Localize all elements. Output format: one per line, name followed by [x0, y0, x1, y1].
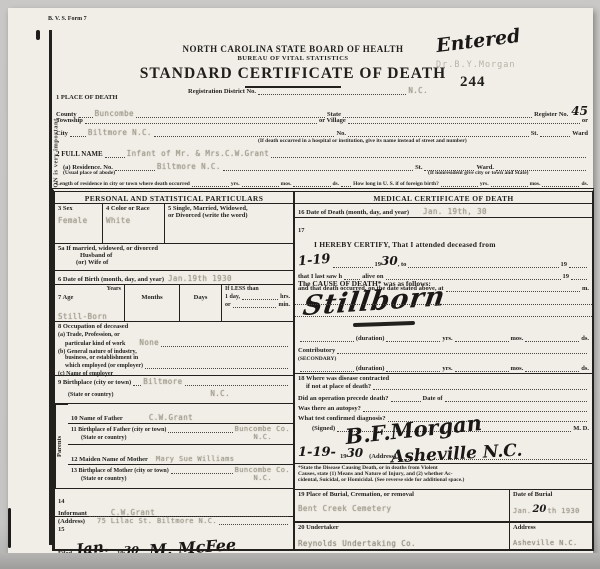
or-village-label: or Village	[319, 117, 346, 124]
residence-st-label: St.	[415, 164, 422, 171]
leader	[223, 163, 413, 171]
autopsy-row: Was there an autopsy?	[295, 403, 592, 413]
father-value: C.W.Grant	[149, 413, 193, 422]
leader	[300, 364, 354, 372]
father-label: 10 Name of Father	[71, 415, 123, 422]
reg-district-label: Registration District No.	[188, 88, 256, 95]
leader	[348, 116, 580, 124]
leader	[168, 425, 232, 433]
operation-label: Did an operation precede death?	[298, 395, 389, 402]
mother-label: 12 Maiden Name of Mother	[71, 456, 148, 463]
occ-a-value: None	[139, 338, 159, 347]
leader	[133, 378, 141, 386]
leader	[391, 394, 421, 402]
leader	[161, 339, 288, 347]
leader	[242, 179, 279, 187]
mos: mos.	[511, 365, 524, 372]
age-years-cell: 7 Age Years Still-Born	[55, 285, 125, 322]
filed-no: 15	[58, 526, 65, 533]
leader	[373, 382, 587, 390]
age-days-label: Days	[194, 294, 208, 301]
scan-smudge	[36, 30, 40, 40]
city-row: City Biltmore N.C. No. St. Ward	[56, 128, 588, 137]
burial-label: 19 Place of Burial, Cremation, or remova…	[298, 491, 506, 498]
undertaker-label: 20 Undertaker	[298, 524, 506, 531]
board-title: NORTH CAROLINA STATE BOARD OF HEALTH	[128, 44, 458, 54]
leader	[233, 300, 277, 308]
mos-label: mos.	[530, 181, 541, 187]
married-label: 5a If married, widowed, or divorced	[58, 245, 290, 252]
duration-label: (duration)	[356, 365, 385, 372]
father-bp-label: 11 Birthplace of Father (city or town)	[71, 427, 166, 433]
undertaker-value: Reynolds Undertaking Co.	[298, 539, 506, 548]
full-name-value: Infant of Mr. & Mrs.C.W.Grant	[127, 149, 270, 158]
sig-year: 30	[346, 446, 363, 460]
ward-label: Ward	[572, 130, 588, 137]
hrs-label: hrs.	[280, 294, 290, 300]
occ-a2: particular kind of work	[65, 341, 125, 347]
leader	[337, 346, 587, 354]
from-year-hw: 30	[381, 254, 398, 268]
certificate-paper: N. B.—Exact statement of OCCUPATION is v…	[8, 8, 593, 553]
undertaker-address-value: Asheville N.C.	[513, 539, 589, 547]
yrs: yrs.	[442, 365, 452, 372]
leader	[445, 394, 587, 402]
contributory-label: Contributory	[298, 347, 335, 354]
length-residence-row: Length of residence in city or town wher…	[56, 179, 588, 187]
race-value: White	[106, 216, 161, 225]
min-label: min.	[278, 302, 290, 308]
undertaker-cell: 20 Undertaker Reynolds Undertaking Co.	[295, 523, 510, 549]
leader	[455, 364, 509, 372]
abode-note: (Usual place of abode)	[63, 170, 115, 176]
occ-b3: which employed (or employer)	[65, 363, 143, 369]
leader	[192, 179, 229, 187]
certificate-number: 244	[460, 74, 486, 91]
main-table: PERSONAL AND STATISTICAL PARTICULARS 3 S…	[52, 188, 594, 551]
leader	[348, 129, 529, 137]
occupation-label: 8 Occupation of deceased	[58, 323, 290, 330]
leader	[157, 509, 288, 517]
burial-value: Bent Creek Cemetery	[298, 504, 506, 513]
age-less-cell: If LESS than 1 day,hrs. ormin.	[222, 285, 293, 322]
township-label: Township	[56, 117, 83, 124]
sex-race-marital-row: 3 Sex Female 4 Color or Race White 5 Sin…	[55, 204, 293, 244]
filed-cell: 15 Filed Jan. 19 30 M. McFee REGISTRAR	[55, 517, 293, 549]
city-label: City	[56, 130, 68, 137]
footnote-block: *State the Disease Causing Death, or in …	[295, 464, 592, 490]
secondary-label: (SECONDARY)	[295, 355, 592, 363]
father-bp-value: Buncombe Co.	[235, 425, 290, 433]
form-number: B. V. S. Form 7	[48, 16, 87, 22]
wife-label: (or) Wife of	[76, 259, 290, 266]
leader	[525, 364, 579, 372]
mother-state-country: (State or country)	[81, 476, 127, 482]
father-bp-state: N.C.	[254, 433, 272, 441]
certificate-header: NORTH CAROLINA STATE BOARD OF HEALTH BUR…	[128, 44, 458, 88]
registration-district-row: Registration District No. N.C.	[188, 86, 428, 95]
leader	[271, 150, 586, 158]
duration-row-2: (duration) yrs. mos. ds.	[295, 363, 592, 374]
signed-row: (Signed) B.F.Morgan M. D.	[295, 423, 592, 444]
to-19: 19	[561, 261, 568, 268]
yrs: yrs.	[442, 335, 452, 342]
parents-vertical-label: Parents	[55, 404, 68, 488]
burial-place-cell: 19 Place of Burial, Cremation, or remova…	[295, 490, 510, 521]
signed-label: (Signed)	[312, 425, 335, 432]
informant-no: 14	[58, 498, 65, 505]
leader	[89, 509, 109, 517]
personal-column: PERSONAL AND STATISTICAL PARTICULARS 3 S…	[55, 192, 295, 549]
leader	[154, 129, 335, 137]
doctor-stamp: Dr.B.Y.Morgan	[436, 60, 516, 70]
father-state-country: (State or country)	[81, 435, 127, 441]
race-cell: 4 Color or Race White	[103, 204, 165, 244]
ds-label: ds.	[333, 181, 340, 187]
leader	[70, 129, 86, 137]
parents-block: Parents 10 Name of Father C.W.Grant 11 B…	[55, 404, 293, 488]
undertaker-row: 20 Undertaker Reynolds Undertaking Co. A…	[295, 523, 592, 549]
operation-row: Did an operation precede death? Date of	[295, 392, 592, 403]
township-row: Township or Village or	[56, 116, 588, 124]
entered-handwriting: Entered	[435, 25, 522, 57]
leader	[525, 334, 579, 342]
ds: ds.	[581, 365, 589, 372]
mother-row: 12 Maiden Name of Mother Mary Sue Willia…	[68, 445, 293, 465]
bureau-title: BUREAU OF VITAL STATISTICS	[128, 55, 458, 62]
leader	[542, 179, 579, 187]
personal-header: PERSONAL AND STATISTICAL PARTICULARS	[55, 192, 293, 204]
nonresident-note: (If nonresident give city or town and St…	[428, 170, 528, 176]
where-contracted-block: 18 Where was disease contracted if not a…	[295, 374, 592, 392]
leader	[85, 116, 317, 124]
dob-row: 6 Date of Birth (month, day, and year) J…	[55, 271, 293, 285]
undertaker-address-label: Address	[513, 524, 589, 531]
howlong-label: How long in U. S. if of foreign birth?	[353, 181, 439, 187]
marital-cell: 5 Single, Married, Widowed, or Divorced …	[165, 204, 293, 244]
birthplace-cell: 9 Birthplace (city or town)Biltmore (Sta…	[55, 376, 293, 404]
yrs-label: yrs.	[231, 181, 240, 187]
md-label: M. D.	[573, 425, 589, 432]
dob-value: Jan.19th 1930	[168, 274, 232, 283]
leader	[185, 378, 288, 386]
occupation-cell: 8 Occupation of deceased (a) Trade, Prof…	[55, 322, 293, 376]
leader	[145, 361, 288, 369]
medical-column: MEDICAL CERTIFICATE OF DEATH 16 Date of …	[295, 192, 592, 549]
leader	[569, 260, 587, 268]
footnote-line3: cidental, Suicidal, or Homicidal. (See r…	[298, 477, 589, 483]
mother-value: Mary Sue Williams	[156, 455, 234, 463]
leader	[105, 150, 125, 158]
father-birthplace-row: 11 Birthplace of Father (city or town)Bu…	[68, 424, 293, 445]
age-row: 7 Age Years Still-Born Months Days If LE…	[55, 285, 293, 322]
mother-bp-value: Buncombe Co.	[235, 466, 290, 474]
burial-date-3: th 1930	[547, 507, 579, 515]
full-name-label: 2 FULL NAME	[56, 150, 103, 158]
where-label2: if not at place of death?	[306, 383, 371, 390]
leader	[115, 163, 155, 171]
autopsy-label: Was there an autopsy?	[298, 405, 361, 412]
burial-date-1: Jan.	[513, 507, 531, 515]
residence-value: Biltmore N.C.	[157, 162, 221, 171]
age-years-label: Years	[107, 286, 121, 292]
leader	[242, 292, 278, 300]
sex-label: 3 Sex	[58, 205, 99, 212]
hospital-note: (If death occurred in a hospital or inst…	[258, 138, 588, 144]
burial-date-2: 20	[532, 504, 546, 515]
dateof-label: Date of	[423, 395, 443, 402]
certify-no: 17	[298, 227, 305, 234]
birthplace-state: N.C.	[210, 389, 230, 398]
no-label: No.	[336, 130, 346, 137]
mos-label: mos.	[281, 181, 292, 187]
city-value: Biltmore N.C.	[88, 128, 152, 137]
dod-label: 16 Date of Death (month, day, and year)	[298, 209, 409, 216]
father-row: 10 Name of Father C.W.Grant	[68, 404, 293, 424]
st-label: St.	[531, 130, 538, 137]
leader	[295, 304, 592, 305]
certify-block: 17 I HEREBY CERTIFY, That I attended dec…	[295, 218, 592, 278]
or-label: or	[225, 302, 231, 308]
race-label: 4 Color or Race	[106, 205, 161, 212]
leader	[408, 260, 558, 268]
leader	[455, 334, 509, 342]
certificate-title: STANDARD CERTIFICATE OF DEATH	[128, 65, 458, 83]
age-days-cell: Days	[180, 285, 222, 322]
attended-from-value: 1-19	[297, 251, 331, 269]
signature-date-row: 1-19- 19 30 (Address) Asheville N.C.	[295, 444, 592, 464]
mos: mos.	[511, 335, 524, 342]
leader	[491, 179, 528, 187]
leader	[258, 87, 406, 95]
signature-flourish	[353, 321, 415, 327]
informant-cell: 14 InformantC.W.Grant (Address)75 Lilac …	[55, 489, 293, 517]
dod-row: 16 Date of Death (month, day, and year) …	[295, 204, 592, 218]
scanned-certificate: N. B.—Exact statement of OCCUPATION is v…	[0, 0, 600, 569]
informant-label: Informant	[58, 510, 87, 517]
leader	[295, 316, 592, 317]
length-label: Length of residence in city or town wher…	[56, 181, 190, 187]
age-months-label: Months	[141, 294, 162, 301]
sex-value: Female	[58, 216, 99, 225]
informant-value: C.W.Grant	[111, 508, 155, 517]
duration-label: (duration)	[356, 335, 385, 342]
mother-birthplace-row: 13 Birthplace of Mother (city or town)Bu…	[68, 465, 293, 484]
leader	[386, 364, 440, 372]
dob-label: 6 Date of Birth (month, day, and year)	[58, 276, 164, 283]
yrs-label: yrs.	[480, 181, 489, 187]
age-label: 7 Age	[58, 294, 73, 301]
state-country-label: (State or country)	[68, 392, 114, 398]
spacer	[116, 391, 209, 398]
leader	[171, 466, 233, 474]
leader	[540, 129, 570, 137]
marital-label2: or Divorced (write the word)	[168, 212, 290, 219]
mother-bp-state: N.C.	[254, 474, 272, 482]
ds-label: ds.	[581, 181, 588, 187]
to-label: , to	[398, 261, 407, 268]
burial-date-cell: Date of Burial Jan. 20 th 1930	[510, 490, 592, 521]
reg-district-value: N.C.	[408, 86, 428, 95]
sex-cell: 3 Sex Female	[55, 204, 103, 244]
scan-smudge	[8, 508, 11, 548]
leader	[300, 334, 354, 342]
leader	[386, 334, 440, 342]
or-label: or	[582, 117, 588, 124]
scan-bottom-shadow	[0, 553, 600, 569]
leader	[341, 179, 351, 187]
duration-row-1: (duration) yrs. mos. ds.	[295, 332, 592, 343]
married-to-cell: 5a If married, widowed, or divorced Husb…	[55, 244, 293, 271]
birthplace-label: 9 Birthplace (city or town)	[58, 379, 131, 386]
contributory-row: Contributory	[295, 343, 592, 356]
age-value: Still-Born	[58, 312, 121, 321]
where-label1: 18 Where was disease contracted	[298, 375, 589, 382]
place-of-death-label: 1 PLACE OF DEATH	[56, 94, 118, 101]
medical-header: MEDICAL CERTIFICATE OF DEATH	[295, 192, 592, 204]
mother-bp-label: 13 Birthplace of Mother (city or town)	[71, 468, 169, 474]
leader	[441, 179, 478, 187]
husband-label: Husband of	[80, 252, 290, 259]
leader	[293, 179, 330, 187]
dod-value: Jan. 19th, 30	[423, 207, 487, 216]
ds: ds.	[581, 335, 589, 342]
full-name-row: 2 FULL NAME Infant of Mr. & Mrs.C.W.Gran…	[56, 149, 588, 158]
signature-date: 1-19-	[298, 445, 336, 460]
burial-date-label: Date of Burial	[513, 491, 589, 498]
marital-label: 5 Single, Married, Widowed,	[168, 205, 290, 212]
cause-of-death-block: The CAUSE OF DEATH* was as follows: Stil…	[295, 278, 592, 332]
birthplace-value: Biltmore	[143, 377, 182, 386]
certify-label: I HEREBY CERTIFY, That I attended deceas…	[314, 240, 589, 249]
undertaker-address-cell: Address Asheville N.C.	[510, 523, 592, 549]
age-months-cell: Months	[125, 285, 180, 322]
burial-row: 19 Place of Burial, Cremation, or remova…	[295, 490, 592, 523]
leader	[333, 260, 373, 268]
